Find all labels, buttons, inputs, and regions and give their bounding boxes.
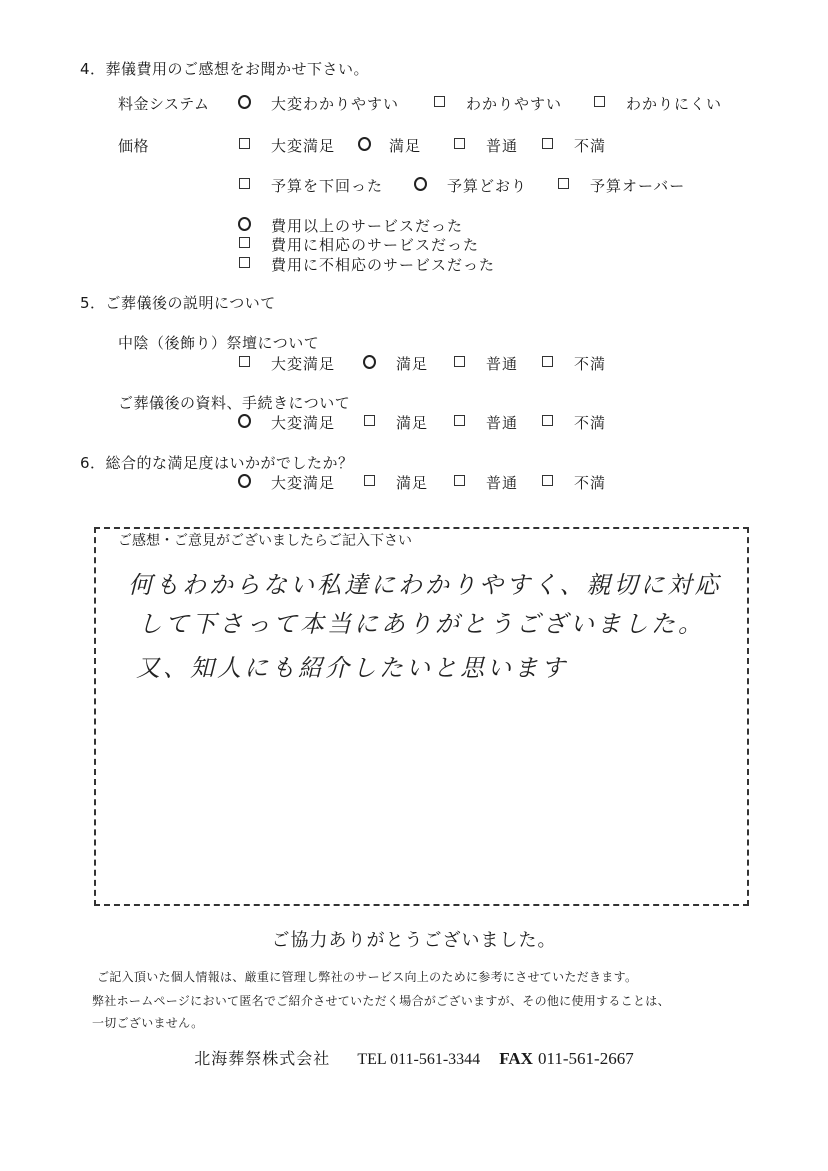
price-option-3[interactable]: 不満 <box>540 135 606 156</box>
altar-option-3[interactable]: 不満 <box>540 353 606 374</box>
documents-option-0[interactable]: 大変満足 <box>237 412 335 433</box>
checkbox-icon <box>239 257 250 268</box>
altar-label: 中陰（後飾り）祭壇について <box>118 332 319 353</box>
documents-option-2[interactable]: 普通 <box>452 412 518 433</box>
checkbox-icon <box>364 415 375 426</box>
documents-option-3[interactable]: 不満 <box>540 412 606 433</box>
checkbox-icon <box>542 138 553 149</box>
budget-option-2[interactable]: 予算オーバー <box>556 175 685 196</box>
altar-option-0[interactable]: 大変満足 <box>237 353 335 374</box>
value-option-1[interactable]: 費用に相応のサービスだった <box>237 234 479 255</box>
thank-you-message: ご協力ありがとうございました。 <box>0 926 828 952</box>
checkbox-icon <box>239 356 250 367</box>
comment-box-title: ご感想・ご意見がございましたらご記入下さい <box>118 530 412 550</box>
checkbox-icon <box>364 475 375 486</box>
documents-option-1[interactable]: 満足 <box>362 412 428 433</box>
question-5-title: 5．ご葬儀後の説明について <box>80 292 276 313</box>
company-name: 北海葬祭株式会社 <box>194 1049 330 1068</box>
handwritten-line-1: 何もわからない私達にわかりやすく、親切に対応 <box>128 565 722 600</box>
question-4-title: 4．葬儀費用のご感想をお聞かせ下さい。 <box>80 58 369 79</box>
question-6-title: 6．総合的な満足度はいかがでしたか？ <box>80 452 354 473</box>
checkbox-icon <box>239 237 250 248</box>
value-option-0[interactable]: 費用以上のサービスだった <box>237 215 463 236</box>
checkbox-icon <box>239 178 250 189</box>
fax-number: 011-561-2667 <box>538 1049 634 1068</box>
checkbox-icon <box>454 356 465 367</box>
fee-system-option-0[interactable]: 大変わかりやすい <box>237 93 399 114</box>
overall-option-2[interactable]: 普通 <box>452 472 518 493</box>
checkbox-icon <box>454 475 465 486</box>
privacy-note-line-2: 弊社ホームページにおいて匿名でご紹介させていただく場合がございますが、その他に使… <box>92 992 670 1009</box>
value-option-2[interactable]: 費用に不相応のサービスだった <box>237 254 495 275</box>
checked-circle-icon <box>238 217 251 231</box>
handwritten-line-2: して下さって本当にありがとうございました。 <box>138 604 705 639</box>
price-option-0[interactable]: 大変満足 <box>237 135 335 156</box>
checkbox-icon <box>594 96 605 107</box>
fee-system-label: 料金システム <box>118 93 210 114</box>
altar-option-1[interactable]: 満足 <box>362 353 428 374</box>
overall-option-1[interactable]: 満足 <box>362 472 428 493</box>
overall-option-3[interactable]: 不満 <box>540 472 606 493</box>
checked-circle-icon <box>358 137 371 151</box>
documents-label: ご葬儀後の資料、手続きについて <box>118 392 350 413</box>
checkbox-icon <box>434 96 445 107</box>
handwritten-line-3: 又、知人にも紹介したいと思います <box>136 648 568 683</box>
checkbox-icon <box>454 138 465 149</box>
price-option-2[interactable]: 普通 <box>452 135 518 156</box>
budget-option-1[interactable]: 予算どおり <box>413 175 527 196</box>
price-option-1[interactable]: 満足 <box>357 135 421 156</box>
overall-option-0[interactable]: 大変満足 <box>237 472 335 493</box>
checkbox-icon <box>542 415 553 426</box>
checked-circle-icon <box>414 177 427 191</box>
price-label: 価格 <box>118 135 149 156</box>
checked-circle-icon <box>238 414 251 428</box>
checkbox-icon <box>454 415 465 426</box>
company-footer: 北海葬祭株式会社 TEL 011-561-3344 FAX 011-561-26… <box>0 1046 828 1069</box>
fax-label: FAX <box>499 1049 533 1068</box>
checkbox-icon <box>542 475 553 486</box>
privacy-note-line-1: ご記入頂いた個人情報は、厳重に管理し弊社のサービス向上のために参考にさせていただ… <box>97 968 637 985</box>
privacy-note-line-3: 一切ございません。 <box>92 1014 203 1031</box>
checkbox-icon <box>542 356 553 367</box>
checkbox-icon <box>239 138 250 149</box>
fee-system-option-2[interactable]: わかりにくい <box>592 93 722 114</box>
checkbox-icon <box>558 178 569 189</box>
checked-circle-icon <box>238 474 251 488</box>
budget-option-0[interactable]: 予算を下回った <box>237 175 383 196</box>
telephone-number: TEL 011-561-3344 <box>357 1051 480 1068</box>
fee-system-option-1[interactable]: わかりやすい <box>432 93 562 114</box>
checked-circle-icon <box>238 95 251 109</box>
altar-option-2[interactable]: 普通 <box>452 353 518 374</box>
checked-circle-icon <box>363 355 376 369</box>
